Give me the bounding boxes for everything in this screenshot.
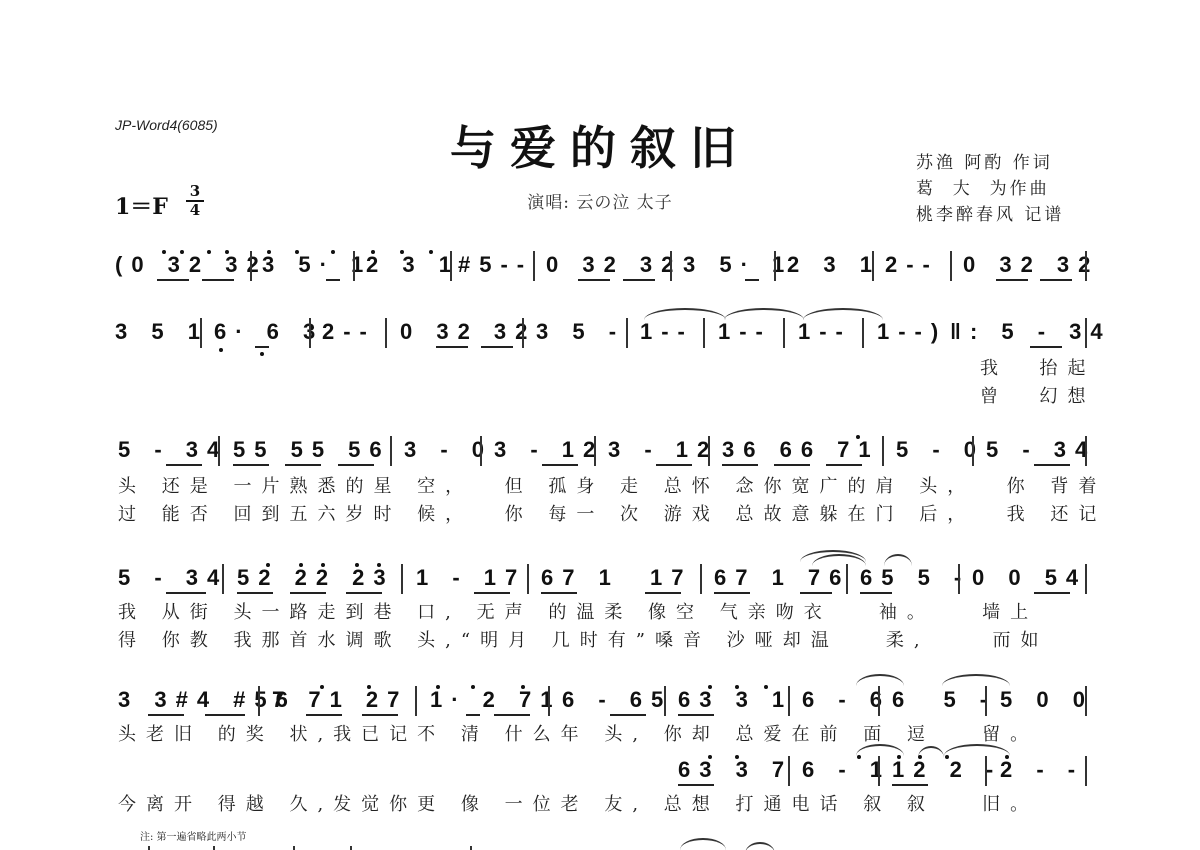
bar-line [258,686,260,716]
beam-underline [233,464,269,466]
octave-dot [225,250,229,254]
octave-dot [856,435,860,439]
octave-dot [295,250,299,254]
bar-line [664,686,666,716]
bar-line [862,318,864,348]
measure: 5 - 34 [986,432,1096,468]
tie-slur [803,308,883,320]
measure: 6 - 65 [562,682,672,718]
octave-dot [320,685,324,689]
beam-underline [466,714,480,716]
octave-dot [367,685,371,689]
beam-underline [166,464,202,466]
bar-line [213,846,215,850]
bar-line [218,436,220,466]
bar-line [1085,318,1087,348]
low-octave-dot [260,352,264,356]
bar-line [708,436,710,466]
bar-line [882,436,884,466]
low-octave-dot [219,348,223,352]
beam-underline [678,784,714,786]
octave-dot [321,563,325,567]
beam-underline [1034,464,1070,466]
beam-underline [474,592,510,594]
bar-line [878,686,880,716]
bar-line [148,846,150,850]
octave-dot [377,563,381,567]
lyric-line-2: 曾 幻想 [980,382,1095,408]
beam-underline [205,714,245,716]
beam-underline [542,464,578,466]
bar-line [350,846,352,850]
bar-line [415,686,417,716]
beam-underline [494,714,530,716]
measure: 5 - 34 [118,560,228,596]
bar-line [788,756,790,786]
bar-line [450,251,452,281]
octave-dot [764,685,768,689]
measure: 67 1 17 [541,560,693,596]
measure: 0 32 32 [546,247,682,283]
measure: 2 3 1 [787,247,881,283]
lyric-line-1: 我 从街 头一路走到巷 口, 无声 的温柔 像空 气亲吻衣 袖。 墙上 [118,598,1038,624]
bar-line [594,436,596,466]
bar-line [385,318,387,348]
bar-line [950,251,952,281]
beam-underline [338,464,374,466]
composer-credit: 葛 大 为作曲 [916,176,1064,202]
beam-underline [714,592,750,594]
bar-line [1085,686,1087,716]
lyric-line-1: 头 还是 一片熟悉的星 空， 但 孤身 走 总怀 念你宽广的肩 头， 你 背着 [118,472,1106,498]
bar-line [401,564,403,594]
beam-underline [860,592,892,594]
measure: 3 - 12 [608,432,718,468]
octave-dot [371,250,375,254]
bar-line [1085,756,1087,786]
bar-line [670,251,672,281]
bar-line [626,318,628,348]
beam-underline [826,464,862,466]
bar-line [985,756,987,786]
octave-dot [331,250,335,254]
bar-line [527,564,529,594]
transcriber-credit: 桃李醉春风 记谱 [916,202,1064,228]
tie-slur [745,842,775,850]
beam-underline [892,784,928,786]
beam-underline [362,714,398,716]
beam-underline [285,464,321,466]
bar-line [783,318,785,348]
beam-underline [656,464,692,466]
measure: 3 - 12 [494,432,604,468]
beam-underline [148,714,184,716]
octave-dot [180,250,184,254]
measure: 0 32 32 [963,247,1099,283]
tie-slur [724,308,804,320]
measure: 6· 6 3 [214,314,324,350]
bar-line [293,846,295,850]
credits-block: 苏渔 阿酌 作词 葛 大 为作曲 桃李醉春风 记谱 [916,150,1064,228]
lyricist-credit: 苏渔 阿酌 作词 [916,150,1064,176]
lyric-line-1: 我 抬起 [980,354,1095,380]
measure: 55 55 56 [233,432,391,468]
octave-dot [299,563,303,567]
octave-dot [267,250,271,254]
bar-line [1085,251,1087,281]
beam-underline [774,464,810,466]
tie-slur [644,308,726,320]
beam-underline [326,279,340,281]
lyric-line-2: 过 能否 回到五六岁时 候， 你 每一 次 游戏 总故意躲在门 后， 我 还记 [118,500,1106,526]
measure: 3 3#4 #56 [118,682,297,718]
tie-slur [884,554,912,566]
repeat-start-measure: ‖: 5 - 34 [950,314,1112,350]
lyric-line-1: 今离开 得越 久,发觉你更 像 一位老 友, 总想 打通电话 叙 叙 旧。 [118,790,1038,816]
beam-underline [722,464,758,466]
bar-line [700,564,702,594]
octave-dot [400,250,404,254]
beam-underline [800,592,832,594]
beam-underline [255,346,269,348]
beam-underline [1040,279,1072,281]
bar-line [200,318,202,348]
bar-line [1085,436,1087,466]
octave-dot [521,685,525,689]
bar-line [846,564,848,594]
bar-line [878,756,880,786]
bar-line [958,564,960,594]
time-signature-bottom: 4 [186,203,204,218]
bar-line [788,686,790,716]
beam-underline [346,592,382,594]
octave-dot [735,755,739,759]
measure: #5-- [458,247,533,283]
measure: 1 - 17 [416,560,526,596]
measure: 3 5· 1 [683,247,793,283]
measure: 6 5 - [892,682,996,718]
octave-dot [735,685,739,689]
measure: 3 5 1 [115,314,209,350]
time-signature-top: 3 [186,184,204,199]
octave-dot [207,250,211,254]
octave-dot [436,685,440,689]
measure: 65 5 - [860,560,970,596]
beam-underline [996,279,1028,281]
beam-underline [1034,592,1070,594]
octave-dot [355,563,359,567]
beam-underline [157,279,189,281]
octave-dot [162,250,166,254]
beam-underline [166,592,206,594]
beam-underline [290,592,326,594]
bar-line [470,846,472,850]
measure: 3 5 - [536,314,625,350]
lyric-line-2: 得 你教 我那首水调歌 头,“明月 几时有”嗓音 沙哑却温 柔, 而如 [118,626,1049,652]
bar-line [703,318,705,348]
beam-underline [578,279,610,281]
beam-underline [481,346,513,348]
key-signature: 1＝F [115,190,168,221]
measure: 5 - 34 [118,432,228,468]
measure: 1--) [877,314,947,350]
bar-line [533,251,535,281]
measure: 0 32 32 [400,314,536,350]
beam-underline [623,279,655,281]
bar-line [250,251,252,281]
measure: 2-- [322,314,376,350]
beam-underline [1030,346,1062,348]
octave-dot [708,755,712,759]
beam-underline [541,592,577,594]
measure: 2 - - [1000,752,1084,788]
footnote: 注: 第一遍省略此两小节 [140,828,247,843]
octave-dot [471,685,475,689]
tie-slur [942,674,1010,686]
bar-line [522,318,524,348]
tie-slur [680,838,726,850]
beam-underline [678,714,714,716]
bar-line [390,436,392,466]
beam-underline [436,346,468,348]
beam-underline [610,714,646,716]
bar-line [1085,564,1087,594]
bar-line [222,564,224,594]
bar-line [872,251,874,281]
beam-underline [237,592,273,594]
measure: 3 5· 1 [262,247,372,283]
score-row-7-partial [0,842,1200,850]
measure: 5 0 0 [1000,682,1094,718]
bar-line [985,686,987,716]
beam-underline [745,279,759,281]
tie-slur [918,746,944,758]
lyric-line-1: 头老旧 的奖 状,我已记不 清 什么年 头, 你却 总爱在前 面 逗 留。 [118,720,1038,746]
octave-dot [429,250,433,254]
octave-dot [266,563,270,567]
bar-line [774,251,776,281]
measure: 2-- [885,247,939,283]
measure: 1· 2 71 [430,682,562,718]
tie-slur [856,674,904,686]
beam-underline [202,279,234,281]
bar-line [972,436,974,466]
measure: 7 71 27 [272,682,408,718]
beam-underline [645,592,681,594]
measure: 2 3 1 [366,247,460,283]
bar-line [309,318,311,348]
time-signature: 3 4 [186,184,204,218]
measure: 52 22 23 [237,560,395,596]
bar-line [480,436,482,466]
bar-line [548,686,550,716]
measure: (0 32 32 [115,247,268,283]
bar-line [353,251,355,281]
octave-dot [708,685,712,689]
measure: 0 0 54 [972,560,1087,596]
beam-underline [306,714,342,716]
